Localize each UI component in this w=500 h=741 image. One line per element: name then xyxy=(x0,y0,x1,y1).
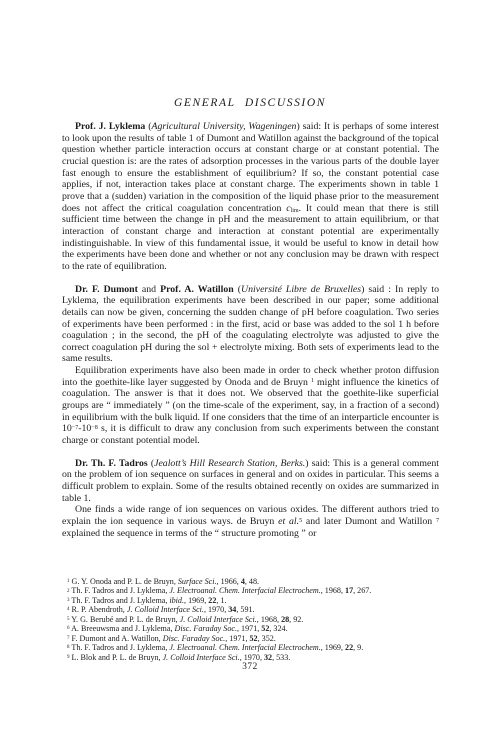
page-title: GENERAL DISCUSSION xyxy=(0,97,500,109)
footnote: 5 Y. G. Berubé and P. L. de Bruyn, J. Co… xyxy=(62,615,442,624)
text-segment: J. Colloid Interface Sci. xyxy=(127,605,204,614)
footnote-reference: 1 xyxy=(67,579,70,584)
text-segment: 32 xyxy=(264,653,272,662)
text-segment: and later Dumont and Watillon xyxy=(302,516,436,527)
text-segment: Université Libre de Bruxelles xyxy=(241,284,361,295)
text-segment: Dr. F. Dumont xyxy=(75,284,138,295)
text-segment: , 591. xyxy=(236,605,254,614)
footnote: 6 A. Breeuwsma and J. Lyklema, Disc. Far… xyxy=(62,624,442,633)
text-segment: J. Electroanal. Chem. Interfacial Electr… xyxy=(169,643,320,652)
text-segment: Surface Sci. xyxy=(178,577,217,586)
text-segment: 28 xyxy=(281,615,289,624)
footnote-reference: 1 xyxy=(311,378,314,384)
footnote: 7 F. Dumont and A. Watillon, Disc. Farad… xyxy=(62,634,442,643)
text-segment: Jealott’s Hill Research Station, Berks. xyxy=(154,458,305,469)
paragraph: One finds a wide range of ion sequences … xyxy=(62,504,439,539)
text-segment: explained the sequence in terms of the “… xyxy=(62,528,316,539)
text-segment: , 1970, xyxy=(204,605,228,614)
footnote-reference: −8 xyxy=(91,425,97,431)
text-segment: , 9. xyxy=(353,643,363,652)
footnote-reference: 5 xyxy=(299,518,302,524)
text-segment: Dr. Th. F. Tadros xyxy=(75,458,148,469)
footnote: 3 Th. F. Tadros and J. Lyklema, ibid., 1… xyxy=(62,596,442,605)
footnote: 4 R. P. Abendroth, J. Colloid Interface … xyxy=(62,605,442,614)
footnote-reference: 5 xyxy=(67,617,70,622)
footnote: 2 Th. F. Tadros and J. Lyklema, J. Elect… xyxy=(62,586,442,595)
text-segment: et al. xyxy=(278,516,299,527)
text-segment: s, it is difficult to draw any conclusio… xyxy=(62,423,439,446)
text-segment: J. Colloid Interface Sci. xyxy=(180,615,257,624)
footnote: 8 Th. F. Tadros and J. Lyklema, J. Elect… xyxy=(62,643,442,652)
footnotes-section: 1 G. Y. Onoda and P. L. de Bruyn, Surfac… xyxy=(62,577,442,662)
footnote-reference: 9 xyxy=(67,655,70,660)
footnote-reference: 7 xyxy=(436,518,439,524)
text-segment: and xyxy=(138,284,160,295)
text-segment: F. Dumont and A. Watillon, xyxy=(70,634,163,643)
text-segment: Prof. A. Watillon xyxy=(160,284,234,295)
text-segment: J. Electroanal. Chem. Interfacial Electr… xyxy=(169,586,320,595)
text-segment: A. Breeuwsma and J. Lyklema, xyxy=(70,624,175,633)
text-segment: , 1970, xyxy=(240,653,264,662)
text-segment: 17 xyxy=(345,586,353,595)
text-segment: R. P. Abendroth, xyxy=(70,605,127,614)
text-segment: , 324. xyxy=(269,624,287,633)
text-segment: , 267. xyxy=(353,586,371,595)
footnote-reference: 2 xyxy=(67,589,70,594)
text-segment: Disc. Faraday Soc. xyxy=(175,624,238,633)
text-segment: Th. F. Tadros and J. Lyklema, xyxy=(70,643,170,652)
paragraph: Equilibration experiments have also been… xyxy=(62,365,439,447)
text-segment: , 1968, xyxy=(321,586,345,595)
footnote-reference: 6 xyxy=(67,626,70,631)
text-segment: , 1971, xyxy=(237,624,261,633)
text-segment: , 1969, xyxy=(184,596,208,605)
text-segment: Prof. J. Lyklema xyxy=(75,121,145,132)
text-segment: ) said: It is perhaps of some interest t… xyxy=(62,121,439,214)
footnote-reference: 8 xyxy=(67,645,70,650)
text-segment: -10 xyxy=(78,423,91,434)
subscript-text: lim xyxy=(291,208,299,214)
text-segment: Agricultural University, Wageningen xyxy=(151,121,296,132)
footnote-reference: 7 xyxy=(67,636,70,641)
document-page: GENERAL DISCUSSION Prof. J. Lyklema (Agr… xyxy=(0,0,500,741)
footnote-reference: 3 xyxy=(67,598,70,603)
text-segment: ibid. xyxy=(169,596,184,605)
text-segment: L. Blok and P. L. de Bruyn, xyxy=(70,653,163,662)
text-segment: Th. F. Tadros and J. Lyklema, xyxy=(70,586,170,595)
text-segment: 22 xyxy=(345,643,353,652)
text-segment: J. Colloid Interface Sci. xyxy=(163,653,240,662)
text-segment: , 92. xyxy=(289,615,303,624)
text-segment: ) said : In reply to Lyklema, the equili… xyxy=(62,284,439,365)
text-segment: Disc. Faraday Soc. xyxy=(163,634,226,643)
text-segment: , 1968, xyxy=(257,615,281,624)
paragraph: Prof. J. Lyklema (Agricultural Universit… xyxy=(62,121,439,273)
footnote: 9 L. Blok and P. L. de Bruyn, J. Colloid… xyxy=(62,653,442,662)
paragraph: Dr. Th. F. Tadros (Jealott’s Hill Resear… xyxy=(62,458,439,505)
text-segment: , 1971, xyxy=(225,634,249,643)
discussion-body: Prof. J. Lyklema (Agricultural Universit… xyxy=(62,121,439,539)
text-segment: G. Y. Onoda and P. L. de Bruyn, xyxy=(70,577,178,586)
page-number: 372 xyxy=(0,662,500,672)
text-segment: ( xyxy=(234,284,241,295)
text-segment: 52 xyxy=(250,634,258,643)
text-segment: , 48. xyxy=(245,577,259,586)
text-segment: , 1966, xyxy=(217,577,241,586)
footnote-reference: 4 xyxy=(67,607,70,612)
paragraph: Dr. F. Dumont and Prof. A. Watillon (Uni… xyxy=(62,284,439,366)
footnote: 1 G. Y. Onoda and P. L. de Bruyn, Surfac… xyxy=(62,577,442,586)
text-segment: , 1969, xyxy=(321,643,345,652)
text-segment: , 533. xyxy=(272,653,290,662)
text-segment: c xyxy=(286,203,290,214)
text-segment: , 352. xyxy=(258,634,276,643)
footnote-reference: −7 xyxy=(72,425,78,431)
text-segment: Y. G. Berubé and P. L. de Bruyn, xyxy=(70,615,180,624)
text-segment: Th. F. Tadros and J. Lyklema, xyxy=(70,596,170,605)
text-segment: , 1. xyxy=(216,596,226,605)
